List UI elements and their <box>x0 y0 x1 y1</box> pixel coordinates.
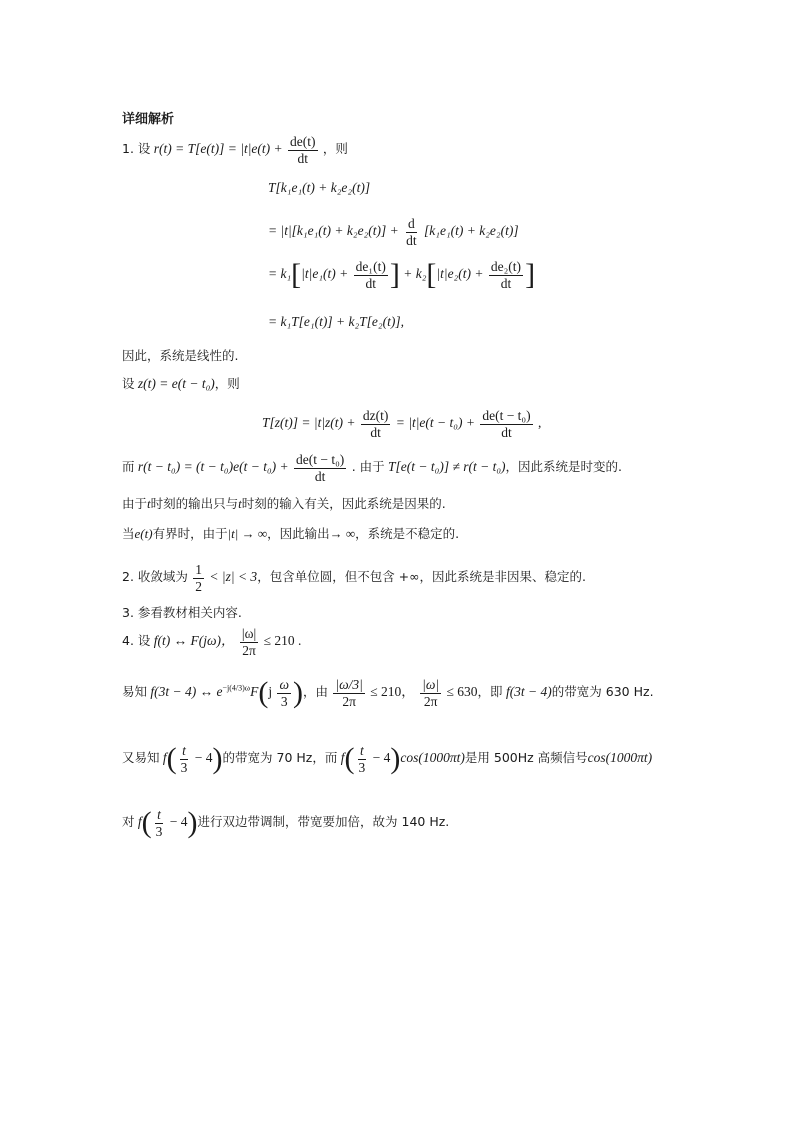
q1-causal: 由于t时刻的输出只与t时刻的输入有关，因此系统是因果的. <box>122 494 446 512</box>
fraction: de₁(t)dt <box>354 259 388 291</box>
q1-line2: = |t|[k₁e₁(t) + k₂e₂(t)] + ddt [k₁e₁(t) … <box>268 216 519 248</box>
fraction: ω3 <box>277 677 291 709</box>
q1-line1: T[k₁e₁(t) + k₂e₂(t)] <box>268 180 370 196</box>
fraction: de₂(t)dt <box>489 259 523 291</box>
fraction: t3 <box>154 807 165 839</box>
q1-line3: = k₁[|t|e₁(t) + de₁(t)dt] + k₂[|t|e₂(t) … <box>268 258 535 292</box>
fraction: |ω|2π <box>240 626 258 658</box>
section-title: 详细解析 <box>122 108 174 127</box>
q1-intro: 1. 设 r(t) = T[e(t)] = |t|e(t) + de(t)dt … <box>122 134 348 166</box>
fraction: dz(t)dt <box>361 408 390 440</box>
q1-line4: = k₁T[e₁(t)] + k₂T[e₂(t)], <box>268 314 404 330</box>
q1-tz: T[z(t)] = |t|z(t) + dz(t)dt = |t|e(t − t… <box>262 408 541 440</box>
fraction: de(t − t₀)dt <box>294 452 346 484</box>
fraction: 12 <box>193 562 204 594</box>
fraction: ddt <box>404 216 419 248</box>
q1-time-variant: 而 r(t − t₀) = (t − t₀)e(t − t₀) + de(t −… <box>122 452 622 484</box>
fraction: t3 <box>357 743 368 775</box>
q3: 3. 参看教材相关内容. <box>122 603 242 621</box>
q2: 2. 收敛域为 12 < |z| < 3，包含单位圆，但不包含 +∞，因此系统是… <box>122 562 586 594</box>
q1-stability: 当e(t)有界时，由于|t| → ∞，因此输出→ ∞，系统是不稳定的. <box>122 524 459 542</box>
fraction: t3 <box>179 743 190 775</box>
fraction: de(t)dt <box>288 134 317 166</box>
q4-intro: 4. 设 f(t) ↔ F(jω)， |ω|2π ≤ 210 . <box>122 626 301 658</box>
fraction: |ω/3|2π <box>333 677 364 709</box>
q4-line2: 易知 f(3t − 4) ↔ e−j(4/3)ωF(j ω3)，由 |ω/3|2… <box>122 676 654 710</box>
q1-shift: 设 z(t) = e(t − t₀)，则 <box>122 374 240 392</box>
q4-line3: 又易知 f(t3 − 4)的带宽为 70 Hz，而 f(t3 − 4)cos(1… <box>122 742 652 776</box>
fraction: de(t − t₀)dt <box>480 408 532 440</box>
q1-linear-conclusion: 因此，系统是线性的. <box>122 346 238 364</box>
q4-line4: 对 f(t3 − 4)进行双边带调制，带宽要加倍，故为 140 Hz. <box>122 806 449 840</box>
fraction: |ω|2π <box>420 677 441 709</box>
